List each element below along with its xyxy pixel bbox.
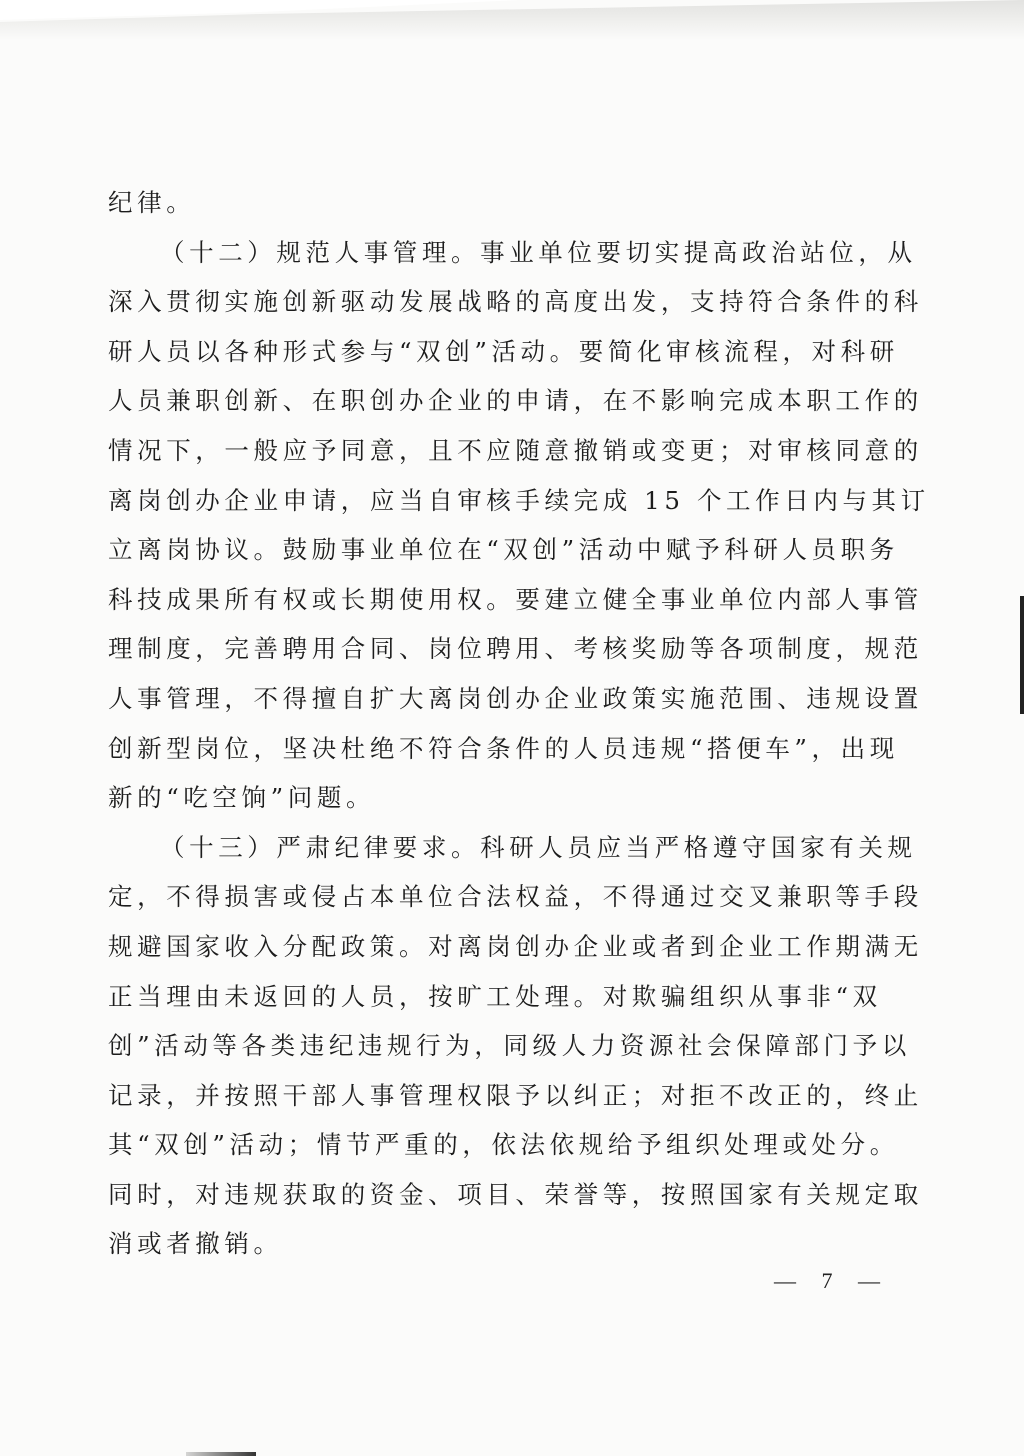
text-line: 其“双创”活动；情节严重的，依法依规给予组织处理或处分。 <box>108 1120 888 1170</box>
text-line: 正当理由未返回的人员，按旷工处理。对欺骗组织从事非“双 <box>108 972 888 1022</box>
text-line: 创新型岗位，坚决杜绝不符合条件的人员违规“搭便车”，出现 <box>108 724 888 774</box>
text-line: 同时，对违规获取的资金、项目、荣誉等，按照国家有关规定取 <box>108 1170 888 1220</box>
text-line: 深入贯彻实施创新驱动发展战略的高度出发，支持符合条件的科 <box>108 277 888 327</box>
body-text: 纪律。 （十二）规范人事管理。事业单位要切实提高政治站位，从 深入贯彻实施创新驱… <box>108 178 888 1269</box>
text-line: 人事管理，不得擅自扩大离岗创办企业政策实施范围、违规设置 <box>108 674 888 724</box>
text-line: 定，不得损害或侵占本单位合法权益，不得通过交叉兼职等手段 <box>108 872 888 922</box>
text-line: 纪律。 <box>108 178 888 228</box>
document-page: 纪律。 （十二）规范人事管理。事业单位要切实提高政治站位，从 深入贯彻实施创新驱… <box>0 0 1024 1456</box>
text-line: 离岗创办企业申请，应当自审核手续完成 15 个工作日内与其订 <box>108 476 888 526</box>
page-number: — 7 — <box>774 1268 890 1294</box>
text-line: 记录，并按照干部人事管理权限予以纠正；对拒不改正的，终止 <box>108 1071 888 1121</box>
section-heading-line: （十三）严肃纪律要求。科研人员应当严格遵守国家有关规 <box>108 823 888 873</box>
text-line: 新的“吃空饷”问题。 <box>108 773 888 823</box>
text-line: 科技成果所有权或长期使用权。要建立健全事业单位内部人事管 <box>108 575 888 625</box>
text-line: 创”活动等各类违纪违规行为，同级人力资源社会保障部门予以 <box>108 1021 888 1071</box>
text-line: 规避国家收入分配政策。对离岗创办企业或者到企业工作期满无 <box>108 922 888 972</box>
text-line: 消或者撤销。 <box>108 1219 888 1269</box>
text-line: 人员兼职创新、在职创办企业的申请，在不影响完成本职工作的 <box>108 376 888 426</box>
scan-edge-mark-bottom <box>186 1452 256 1456</box>
text-line: 理制度，完善聘用合同、岗位聘用、考核奖励等各项制度，规范 <box>108 624 888 674</box>
text-line: 研人员以各种形式参与“双创”活动。要简化审核流程，对科研 <box>108 327 888 377</box>
section-heading-line: （十二）规范人事管理。事业单位要切实提高政治站位，从 <box>108 228 888 278</box>
text-line: 立离岗协议。鼓励事业单位在“双创”活动中赋予科研人员职务 <box>108 525 888 575</box>
text-line: 情况下，一般应予同意，且不应随意撤销或变更；对审核同意的 <box>108 426 888 476</box>
scan-edge-mark <box>1020 596 1024 714</box>
